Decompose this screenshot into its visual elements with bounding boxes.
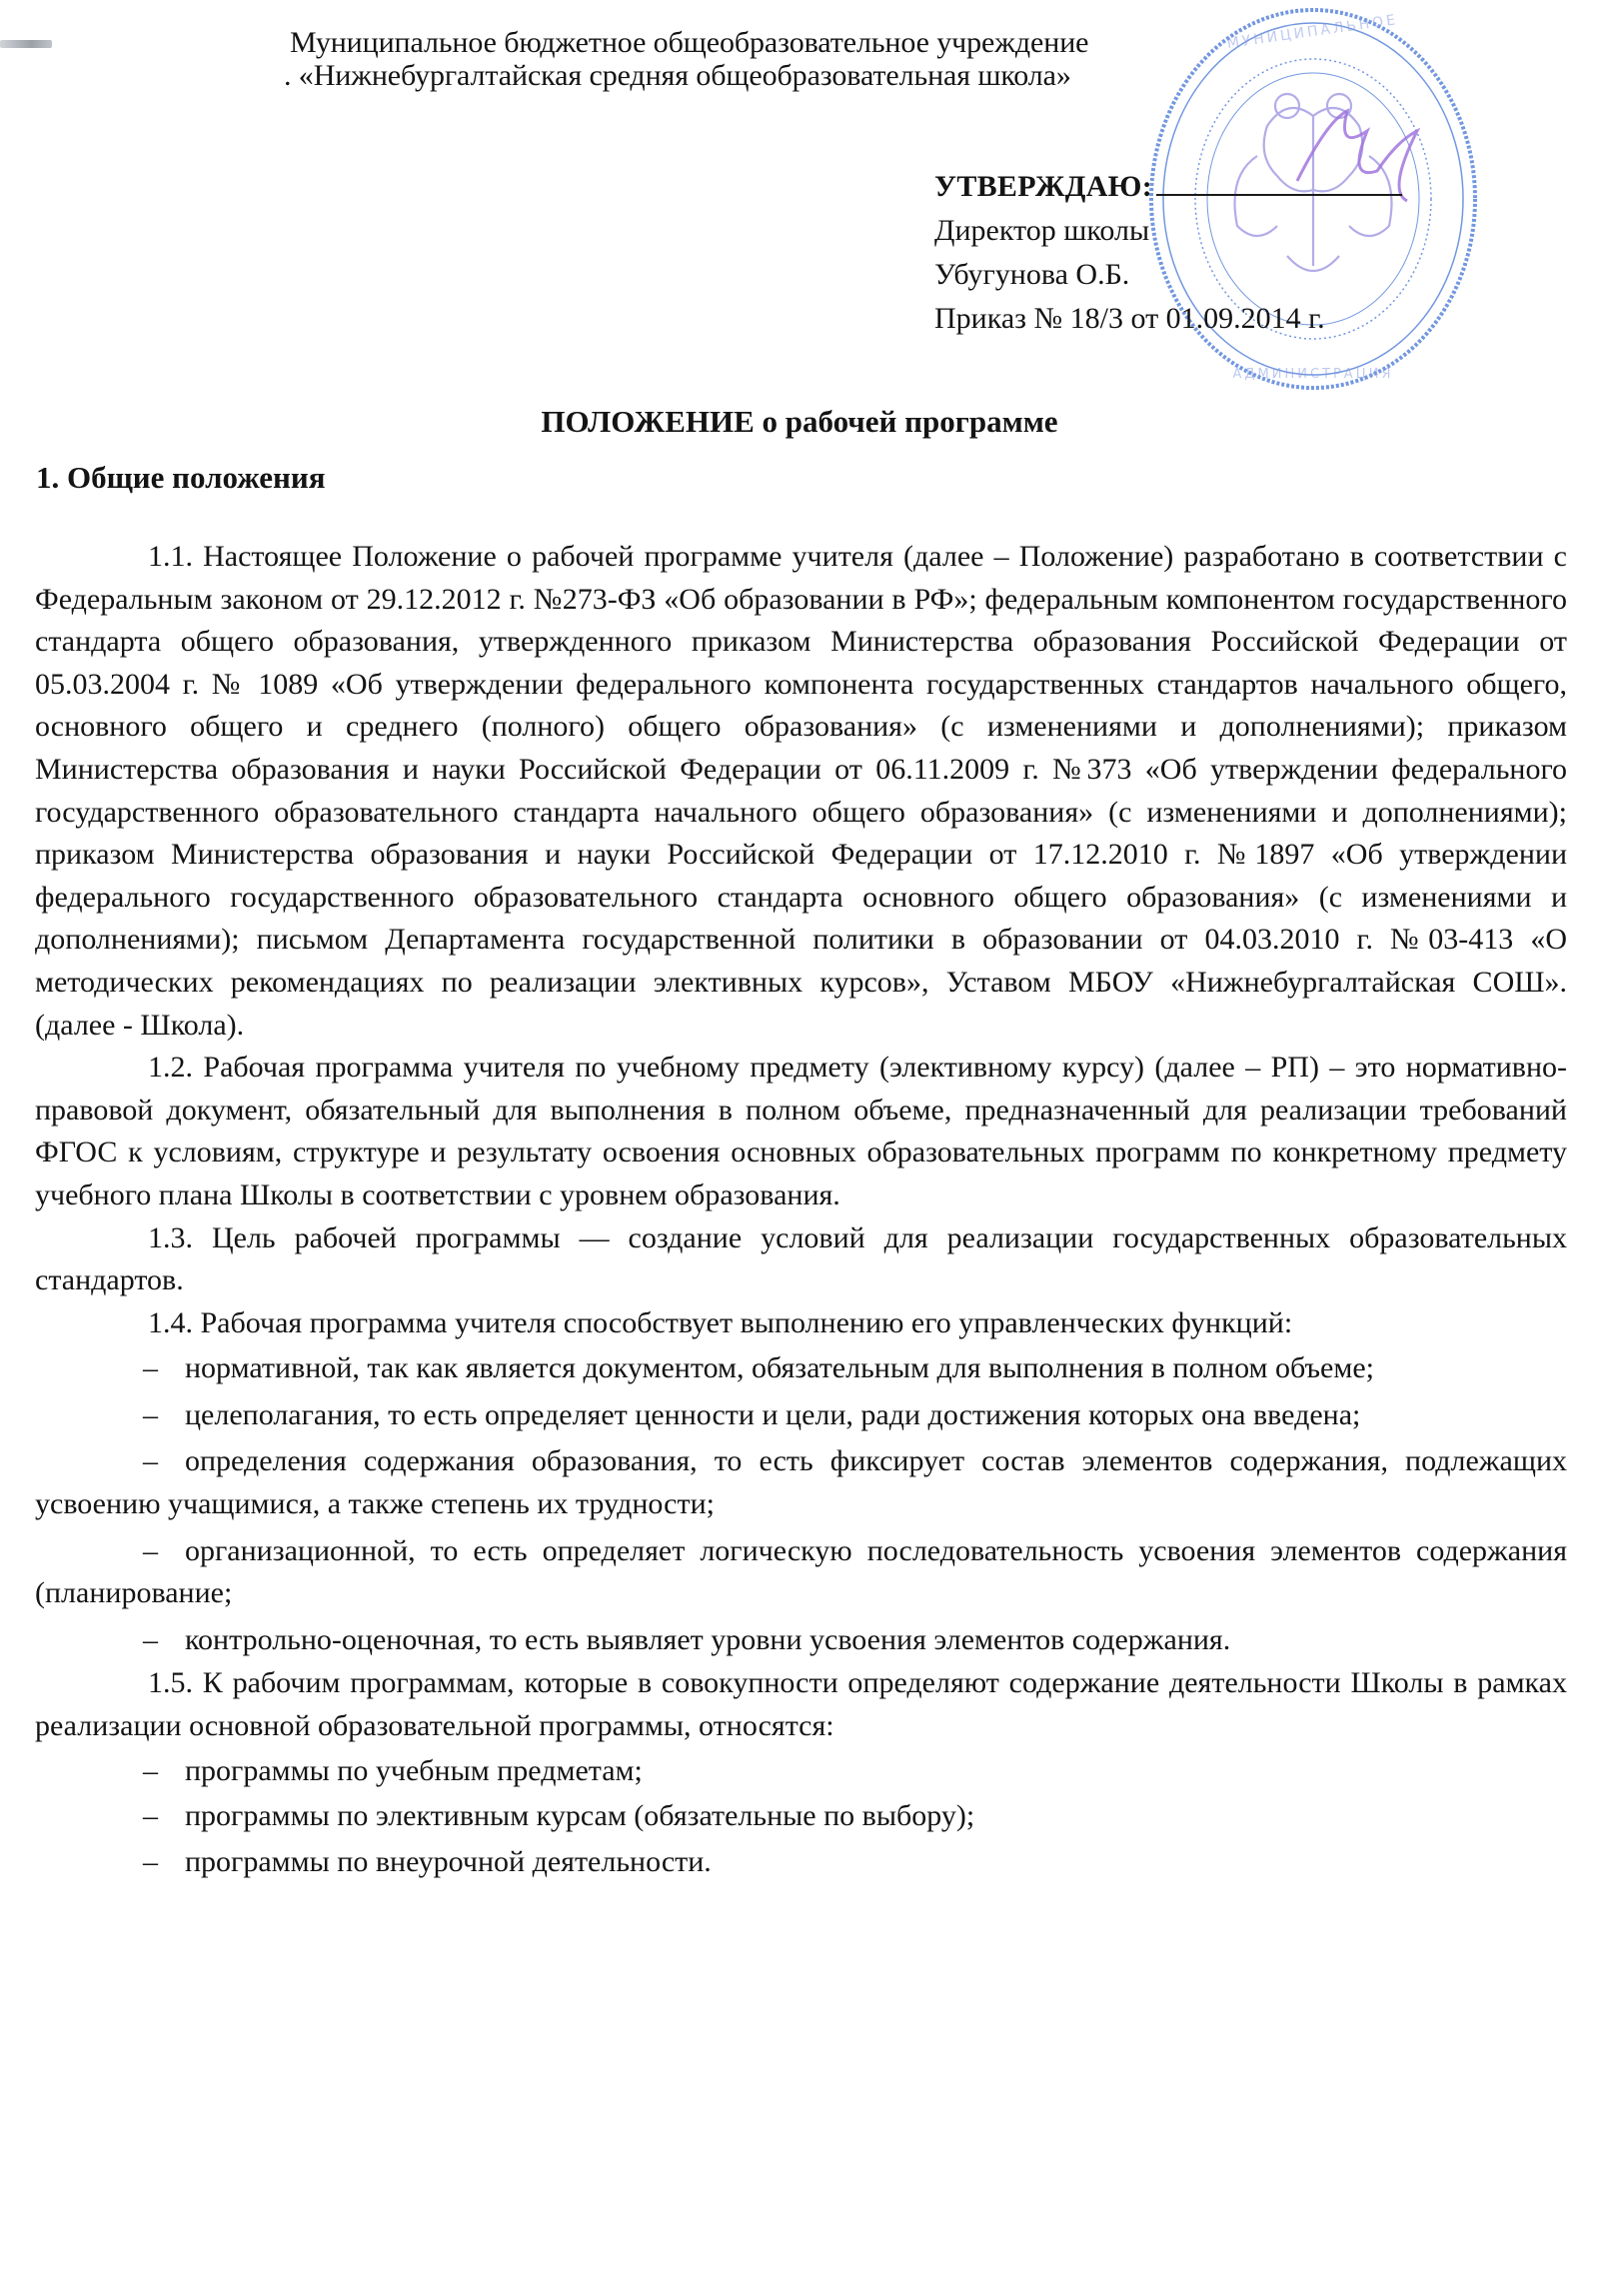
list-item-program: –программы по элективным курсам (обязате…: [35, 1793, 1567, 1839]
dash-bullet-icon: –: [143, 1347, 185, 1390]
approver-position: Директор школы: [934, 209, 1554, 253]
list-item-function: –целеполагания, то есть определяет ценно…: [35, 1391, 1567, 1438]
paragraph-1-3: 1.3. Цель рабочей программы — создание у…: [35, 1217, 1567, 1302]
dash-bullet-icon: –: [143, 1619, 185, 1662]
list-item-text: контрольно-оценочная, то есть выявляет у…: [185, 1623, 1230, 1656]
list-item-function: –организационной, то есть определяет лог…: [35, 1527, 1567, 1616]
dash-bullet-icon: –: [143, 1841, 185, 1884]
section-heading: 1. Общие положения: [36, 460, 326, 496]
list-item-text: определения содержания образования, то е…: [35, 1444, 1567, 1520]
scan-artifact: [0, 40, 52, 48]
approval-order: Приказ № 18/3 от 01.09.2014 г.: [934, 297, 1554, 341]
organization-name-line2: . «Нижнебургалтайская средняя общеобразо…: [284, 59, 1289, 92]
approval-title: УТВЕРЖДАЮ:: [934, 170, 1152, 203]
list-item-text: нормативной, так как является документом…: [185, 1351, 1374, 1384]
svg-text:АДМИНИСТРАЦИЯ: АДМИНИСТРАЦИЯ: [1232, 367, 1393, 382]
dash-bullet-icon: –: [143, 1795, 185, 1838]
dash-bullet-icon: –: [143, 1440, 185, 1483]
list-item-function: –нормативной, так как является документо…: [35, 1344, 1567, 1391]
list-item-text: целеполагания, то есть определяет ценнос…: [185, 1398, 1360, 1431]
organization-header: Муниципальное бюджетное общеобразователь…: [290, 26, 1289, 92]
document-body: 1.1. Настоящее Положение о рабочей прогр…: [35, 536, 1567, 1884]
list-item-text: программы по учебным предметам;: [185, 1754, 643, 1787]
list-item-function: –определения содержания образования, то …: [35, 1437, 1567, 1526]
list-item-text: организационной, то есть определяет логи…: [35, 1534, 1567, 1610]
signature-line: [1156, 172, 1402, 196]
dash-bullet-icon: –: [143, 1394, 185, 1437]
list-item-function: –контрольно-оценочная, то есть выявляет …: [35, 1616, 1567, 1663]
dash-bullet-icon: –: [143, 1530, 185, 1573]
list-item-text: программы по внеурочной деятельности.: [185, 1845, 712, 1878]
paragraph-1-4: 1.4. Рабочая программа учителя способств…: [35, 1302, 1567, 1345]
list-item-program: –программы по внеурочной деятельности.: [35, 1839, 1567, 1885]
paragraph-1-5: 1.5. К рабочим программам, которые в сов…: [35, 1662, 1567, 1747]
document-title: ПОЛОЖЕНИЕ о рабочей программе: [0, 404, 1599, 440]
approver-name: Убугунова О.Б.: [934, 253, 1554, 297]
list-item-text: программы по элективным курсам (обязател…: [185, 1799, 974, 1832]
paragraph-1-2: 1.2. Рабочая программа учителя по учебно…: [35, 1047, 1567, 1216]
organization-name-line1: Муниципальное бюджетное общеобразователь…: [290, 26, 1289, 59]
approval-block: УТВЕРЖДАЮ: Директор школы Убугунова О.Б.…: [934, 165, 1554, 341]
list-item-program: –программы по учебным предметам;: [35, 1748, 1567, 1794]
paragraph-1-1: 1.1. Настоящее Положение о рабочей прогр…: [35, 536, 1567, 1047]
dash-bullet-icon: –: [143, 1750, 185, 1793]
